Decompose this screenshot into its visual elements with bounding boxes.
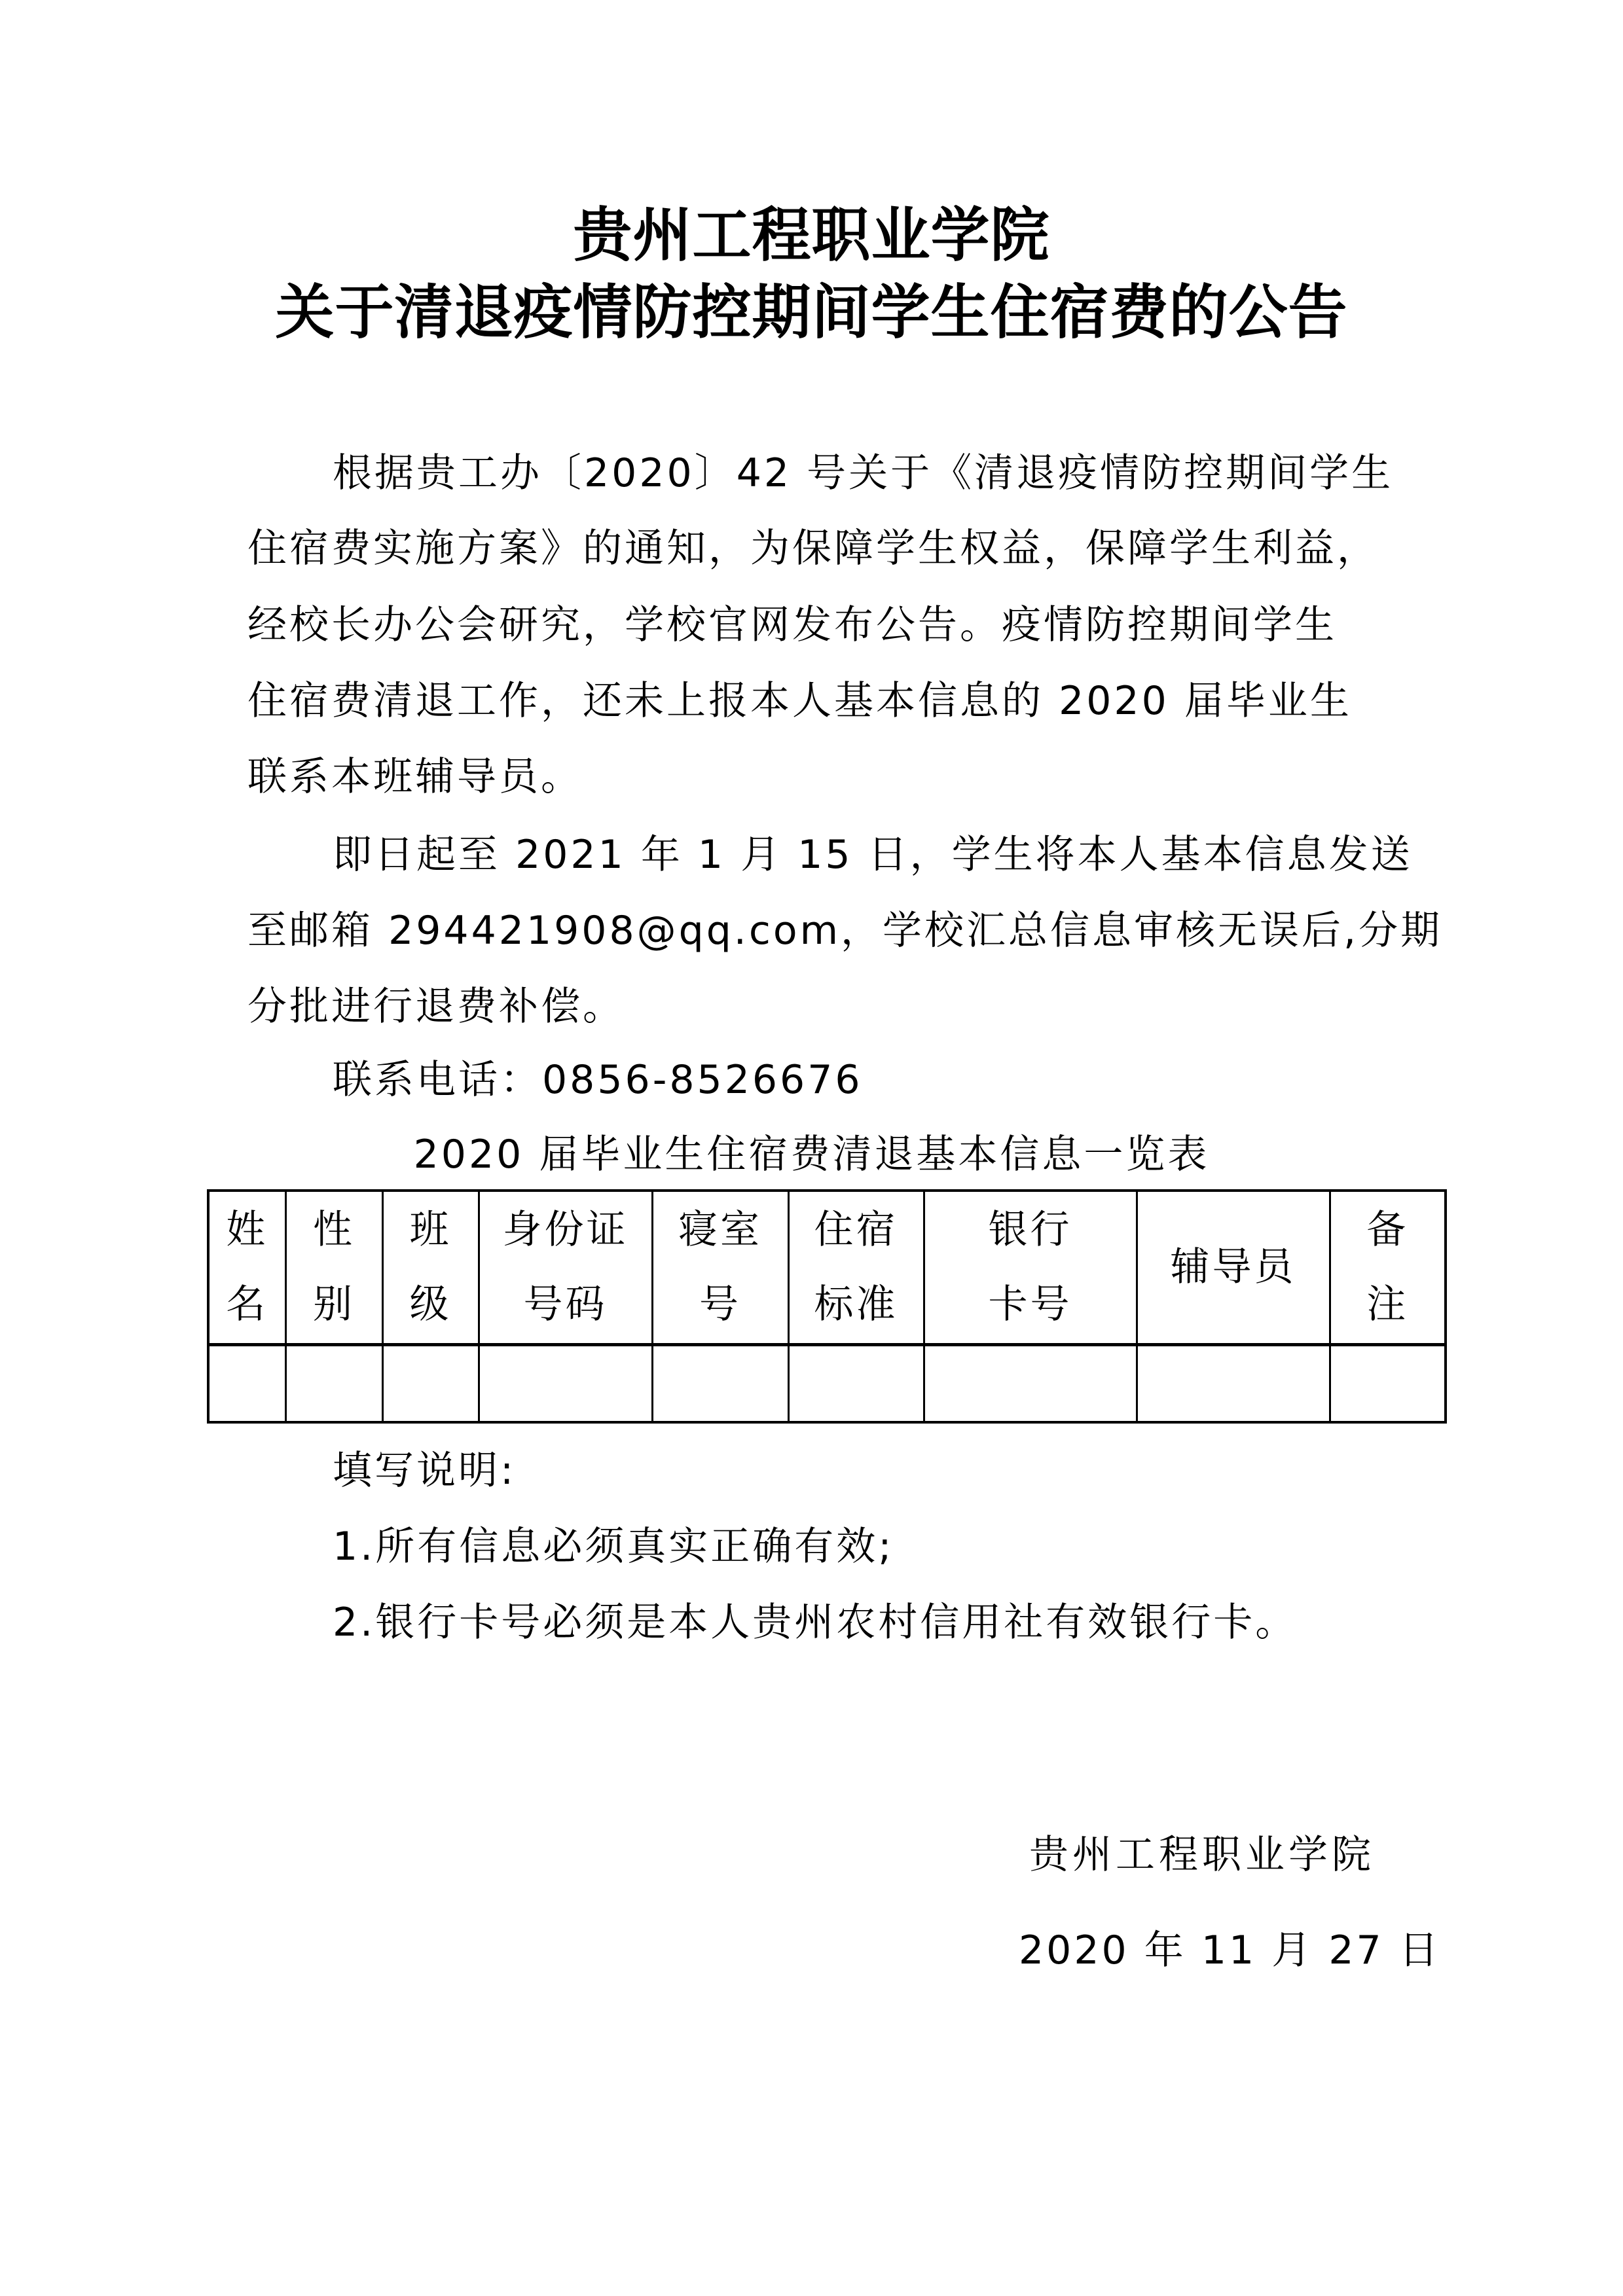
header-text: 住宿 bbox=[790, 1193, 923, 1267]
title-announcement: 关于清退疫情防控期间学生住宿费的公告 bbox=[0, 274, 1623, 351]
header-text: 辅导员 bbox=[1138, 1230, 1329, 1304]
header-text: 名 bbox=[210, 1267, 285, 1342]
contact-phone-line: 联系电话：0856-8526676 bbox=[333, 1042, 863, 1118]
header-text: 班 bbox=[384, 1193, 478, 1267]
paragraph-1-line-1: 根据贵工办〔2020〕42 号关于《清退疫情防控期间学生 bbox=[333, 435, 1393, 511]
column-header-name: 姓 名 bbox=[208, 1191, 285, 1344]
header-text: 标准 bbox=[790, 1267, 923, 1342]
notice-page: 贵州工程职业学院 关于清退疫情防控期间学生住宿费的公告 根据贵工办〔2020〕4… bbox=[0, 0, 1623, 2296]
signature-date: 2020 年 11 月 27 日 bbox=[1019, 1912, 1441, 1988]
paragraph-1-line-5: 联系本班辅导员。 bbox=[247, 739, 583, 815]
paragraph-2-line-1: 即日起至 2021 年 1 月 15 日，学生将本人基本信息发送 bbox=[333, 817, 1413, 893]
header-text: 性 bbox=[287, 1193, 382, 1267]
instruction-item-1: 1.所有信息必须真实正确有效; bbox=[333, 1509, 894, 1585]
instruction-item-2: 2.银行卡号必须是本人贵州农村信用社有效银行卡。 bbox=[333, 1585, 1297, 1660]
header-text: 卡号 bbox=[925, 1267, 1136, 1342]
signature-organization: 贵州工程职业学院 bbox=[1029, 1817, 1375, 1893]
header-text: 寝室 bbox=[653, 1193, 788, 1267]
cell-bank-card bbox=[924, 1344, 1137, 1422]
table-row bbox=[208, 1344, 1446, 1422]
instructions-heading: 填写说明: bbox=[333, 1433, 516, 1509]
header-text: 备 bbox=[1331, 1193, 1445, 1267]
column-header-class: 班 级 bbox=[382, 1191, 479, 1344]
header-text: 别 bbox=[287, 1267, 382, 1342]
header-text: 银行 bbox=[925, 1193, 1136, 1267]
header-text: 级 bbox=[384, 1267, 478, 1342]
header-text: 注 bbox=[1331, 1267, 1445, 1342]
paragraph-2-line-3: 分批进行退费补偿。 bbox=[247, 969, 625, 1045]
column-header-accommodation-standard: 住宿 标准 bbox=[788, 1191, 924, 1344]
cell-remarks bbox=[1330, 1344, 1446, 1422]
paragraph-1-line-3: 经校长办公会研究，学校官网发布公告。疫情防控期间学生 bbox=[247, 587, 1337, 663]
table-title: 2020 届毕业生住宿费清退基本信息一览表 bbox=[0, 1117, 1623, 1193]
cell-counselor bbox=[1137, 1344, 1330, 1422]
column-header-id-number: 身份证 号码 bbox=[479, 1191, 652, 1344]
column-header-counselor: 辅导员 bbox=[1137, 1191, 1330, 1344]
paragraph-2-line-2-email: 至邮箱 294421908@qq.com，学校汇总信息审核无误后,分期 bbox=[247, 893, 1442, 969]
title-institution: 贵州工程职业学院 bbox=[0, 196, 1623, 274]
header-text: 号 bbox=[653, 1267, 788, 1342]
header-text: 姓 bbox=[210, 1193, 285, 1267]
header-text: 身份证 bbox=[480, 1193, 651, 1267]
cell-id-number bbox=[479, 1344, 652, 1422]
column-header-remarks: 备 注 bbox=[1330, 1191, 1446, 1344]
cell-name bbox=[208, 1344, 285, 1422]
graduate-info-table: 姓 名 性 别 班 级 身份证 号码 寝室 号 bbox=[207, 1189, 1447, 1424]
column-header-dorm-number: 寝室 号 bbox=[652, 1191, 788, 1344]
paragraph-1-line-2: 住宿费实施方案》的通知，为保障学生权益，保障学生利益， bbox=[247, 511, 1379, 586]
cell-class bbox=[382, 1344, 479, 1422]
paragraph-1-line-4: 住宿费清退工作，还未上报本人基本信息的 2020 届毕业生 bbox=[247, 663, 1352, 739]
header-text: 号码 bbox=[480, 1267, 651, 1342]
cell-accommodation-standard bbox=[788, 1344, 924, 1422]
table-header-row: 姓 名 性 别 班 级 身份证 号码 寝室 号 bbox=[208, 1191, 1446, 1344]
cell-gender bbox=[285, 1344, 382, 1422]
column-header-gender: 性 别 bbox=[285, 1191, 382, 1344]
column-header-bank-card: 银行 卡号 bbox=[924, 1191, 1137, 1344]
cell-dorm-number bbox=[652, 1344, 788, 1422]
